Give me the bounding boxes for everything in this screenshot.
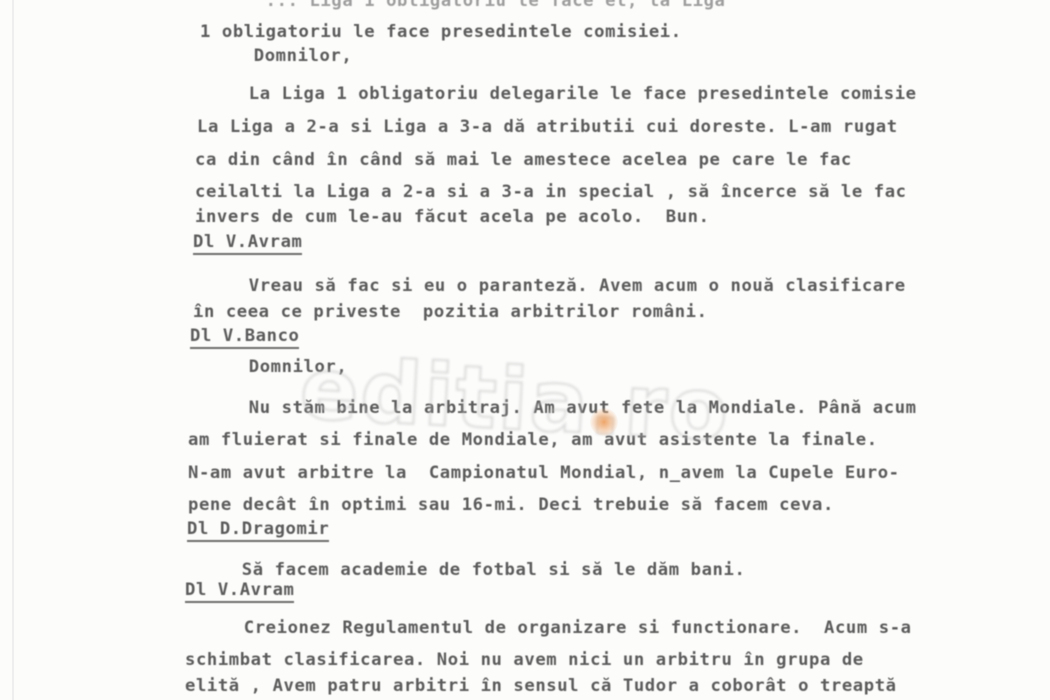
speaker-heading: Dl V.Banco [190,326,299,349]
text-line: Domnilor, [210,46,352,66]
speaker-heading: Dl D.Dragomir [187,519,329,542]
text-line: N-am avut arbitre la Campionatul Mondial… [188,463,900,483]
text-line: pene decât în optimi sau 16-mi. Deci tre… [188,495,834,515]
text-line: ceilalti la Liga a 2-a si a 3-a in speci… [195,182,907,202]
text-line: La Liga a 2-a si Liga a 3-a dă atributii… [197,117,898,137]
speaker-heading: Dl V.Avram [193,232,302,255]
text-line: Să facem academie de fotbal si să le dăm… [198,560,745,580]
watermark-dot-icon [590,408,618,436]
text-line: 1 obligatoriu le face presedintele comis… [200,22,682,42]
text-line: invers de cum le-au făcut acela pe acolo… [195,207,710,227]
text-line: ... Liga 1 obligatoriu le face el, la Li… [200,0,726,11]
text-line: în ceea ce priveste pozitia arbitrilor r… [193,302,708,322]
text-line: ca din când în când să mai le amestece a… [195,150,852,170]
text-line: schimbat clasificarea. Noi nu avem nici … [185,650,864,670]
text-line: elită , Avem patru arbitri în sensul că … [185,676,897,696]
text-line: La Liga 1 obligatoriu delegarile le face… [205,84,917,104]
speaker-heading: Dl V.Avram [185,580,294,603]
text-line: Vreau să fac si eu o paranteză. Avem acu… [205,276,906,296]
text-line: Creionez Regulamentul de organizare si f… [200,618,912,638]
